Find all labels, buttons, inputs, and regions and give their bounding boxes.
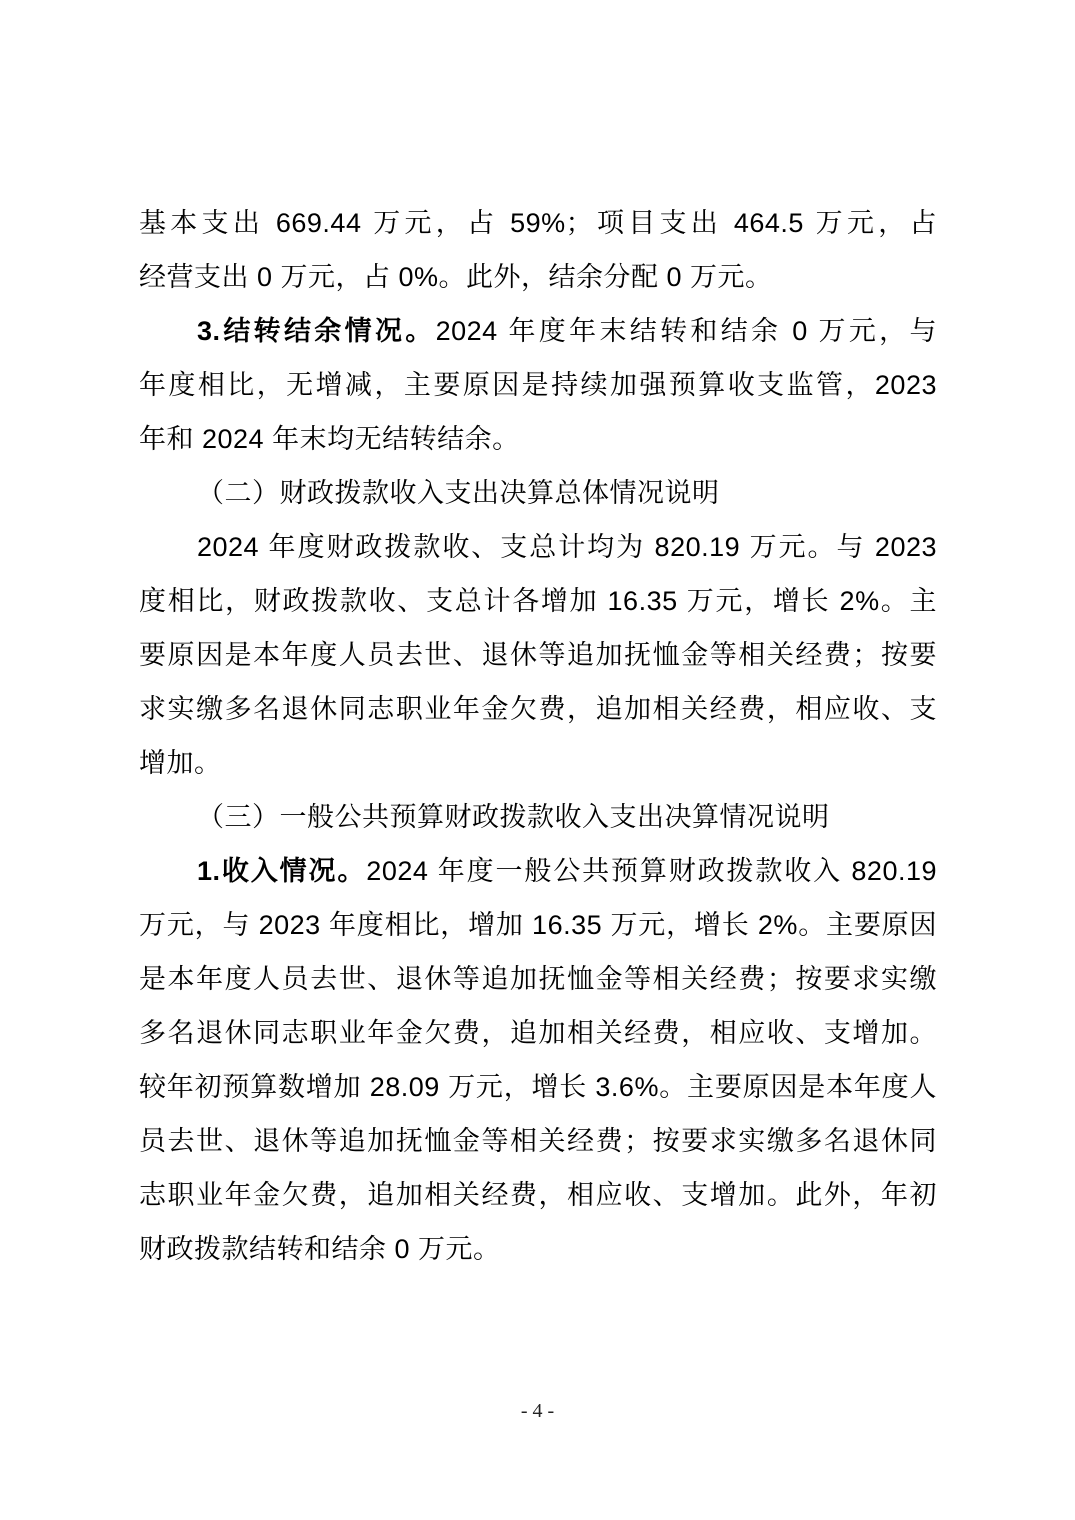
page-number: - 4 - xyxy=(0,1400,1075,1423)
text-line: 是本年度人员去世、退休等追加抚恤金等相关经费；按要求实缴 xyxy=(139,952,937,1006)
text-line: 财政拨款结转和结余 0 万元。 xyxy=(139,1222,937,1276)
bold-run: 1.收入情况。 xyxy=(197,856,366,886)
text-run: 要原因是本年度人员去世、退休等追加抚恤金等相关经费；按要 xyxy=(139,640,937,670)
text-run: （二）财政拨款收入支出决算总体情况说明 xyxy=(197,478,720,508)
text-run: 年度相比，无增减，主要原因是持续加强预算收支监管，2023 xyxy=(139,370,937,400)
text-run: 多名退休同志职业年金欠费，追加相关经费，相应收、支增加。 xyxy=(139,1018,937,1048)
text-line: 较年初预算数增加 28.09 万元，增长 3.6%。主要原因是本年度人 xyxy=(139,1060,937,1114)
text-run: 2024 年度一般公共预算财政拨款收入 820.19 xyxy=(366,856,937,886)
text-run: 万元，与 2023 年度相比，增加 16.35 万元，增长 2%。主要原因 xyxy=(139,910,937,940)
line-income-heading: 1.收入情况。2024 年度一般公共预算财政拨款收入 820.19 xyxy=(139,844,937,898)
text-run: 是本年度人员去世、退休等追加抚恤金等相关经费；按要求实缴 xyxy=(139,964,937,994)
text-line: 求实缴多名退休同志职业年金欠费，追加相关经费，相应收、支 xyxy=(139,682,937,736)
document-page: 基本支出 669.44 万元，占 59%；项目支出 464.5 万元，占 41%… xyxy=(0,0,1075,1520)
text-line: 万元，与 2023 年度相比，增加 16.35 万元，增长 2%。主要原因 xyxy=(139,898,937,952)
text-line: 员去世、退休等追加抚恤金等相关经费；按要求实缴多名退休同 xyxy=(139,1114,937,1168)
text-line: 志职业年金欠费，追加相关经费，相应收、支增加。此外，年初 xyxy=(139,1168,937,1222)
line-basic-expense: 基本支出 669.44 万元，占 59%；项目支出 464.5 万元，占 41%… xyxy=(139,196,937,250)
line-carryover-heading: 3.结转结余情况。2024 年度年末结转和结余 0 万元，与 2023 xyxy=(139,304,937,358)
section-heading-3: （三）一般公共预算财政拨款收入支出决算情况说明 xyxy=(139,790,937,844)
text-run: 增加。 xyxy=(139,748,222,778)
text-run: 2024 年度财政拨款收、支总计均为 820.19 万元。与 2023 年 xyxy=(139,532,937,574)
text-run: 基本支出 669.44 万元，占 59%；项目支出 464.5 万元，占 41%… xyxy=(139,208,937,250)
text-run: 志职业年金欠费，追加相关经费，相应收、支增加。此外，年初 xyxy=(139,1180,937,1210)
text-run: 度相比，财政拨款收、支总计各增加 16.35 万元，增长 2%。主 xyxy=(139,586,937,616)
text-line: 度相比，财政拨款收、支总计各增加 16.35 万元，增长 2%。主 xyxy=(139,574,937,628)
text-run: 员去世、退休等追加抚恤金等相关经费；按要求实缴多名退休同 xyxy=(139,1126,937,1156)
text-line: 多名退休同志职业年金欠费，追加相关经费，相应收、支增加。 xyxy=(139,1006,937,1060)
text-line: 年和 2024 年末均无结转结余。 xyxy=(139,412,937,466)
line-operating-expense: 经营支出 0 万元，占 0%。此外，结余分配 0 万元。 xyxy=(139,250,937,304)
text-line: 年度相比，无增减，主要原因是持续加强预算收支监管，2023 xyxy=(139,358,937,412)
text-run: 求实缴多名退休同志职业年金欠费，追加相关经费，相应收、支 xyxy=(139,694,937,724)
text-run: 年和 2024 年末均无结转结余。 xyxy=(139,424,520,454)
text-run: （三）一般公共预算财政拨款收入支出决算情况说明 xyxy=(197,802,830,832)
text-run: 经营支出 0 万元，占 0%。此外，结余分配 0 万元。 xyxy=(139,262,773,292)
section-heading-2: （二）财政拨款收入支出决算总体情况说明 xyxy=(139,466,937,520)
text-line: 2024 年度财政拨款收、支总计均为 820.19 万元。与 2023 年 xyxy=(139,520,937,574)
bold-run: 3.结转结余情况。 xyxy=(197,316,436,346)
text-line: 要原因是本年度人员去世、退休等追加抚恤金等相关经费；按要 xyxy=(139,628,937,682)
text-run: 财政拨款结转和结余 0 万元。 xyxy=(139,1234,501,1264)
document-body: 基本支出 669.44 万元，占 59%；项目支出 464.5 万元，占 41%… xyxy=(139,196,937,1276)
text-run: 较年初预算数增加 28.09 万元，增长 3.6%。主要原因是本年度人 xyxy=(139,1072,937,1102)
text-line: 增加。 xyxy=(139,736,937,790)
